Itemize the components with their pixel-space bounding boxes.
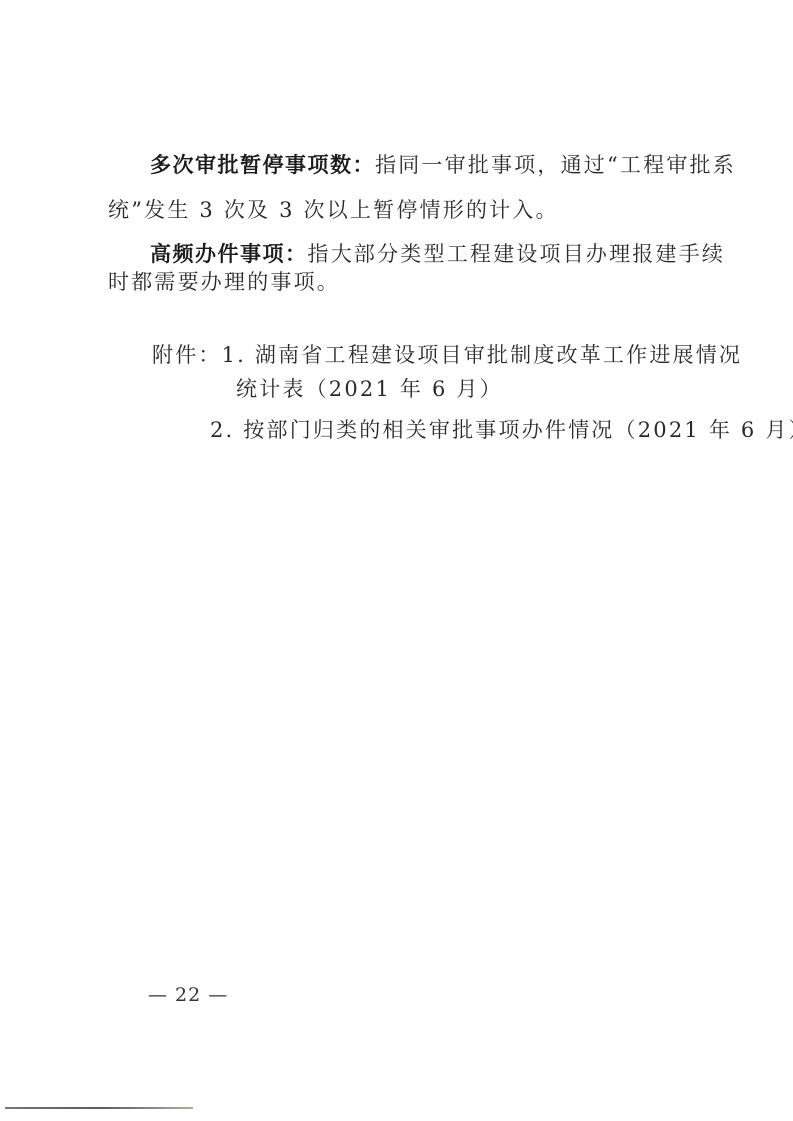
attachment-1-text: 1. 湖南省工程建设项目审批制度改革工作进展情况 (222, 343, 743, 367)
bottom-rule (5, 1107, 193, 1109)
attachment-2-line-1: 2. 按部门归类的相关审批事项办件情况（2021 年 6 月） (210, 416, 793, 444)
page-number: — 22 — (148, 983, 228, 1007)
attachments-label: 附件： (152, 343, 222, 367)
definition-text: 指同一审批事项，通过“工程审批系 (375, 153, 736, 177)
definition-term: 高频办件事项： (150, 242, 308, 266)
definition-text: 指大部分类型工程建设项目办理报建手续 (308, 242, 726, 266)
definition-2-line-2: 时都需要办理的事项。 (108, 268, 340, 296)
attachment-1-line-2: 统计表（2021 年 6 月） (236, 375, 503, 403)
attachment-1-line-1: 附件：1. 湖南省工程建设项目审批制度改革工作进展情况 (152, 341, 742, 369)
definition-term: 多次审批暂停事项数： (150, 153, 375, 177)
definition-2-line-1: 高频办件事项：指大部分类型工程建设项目办理报建手续 (150, 240, 725, 268)
definition-1-line-2: 统”发生 3 次及 3 次以上暂停情形的计入。 (108, 196, 559, 224)
definition-1-line-1: 多次审批暂停事项数：指同一审批事项，通过“工程审批系 (150, 151, 736, 179)
